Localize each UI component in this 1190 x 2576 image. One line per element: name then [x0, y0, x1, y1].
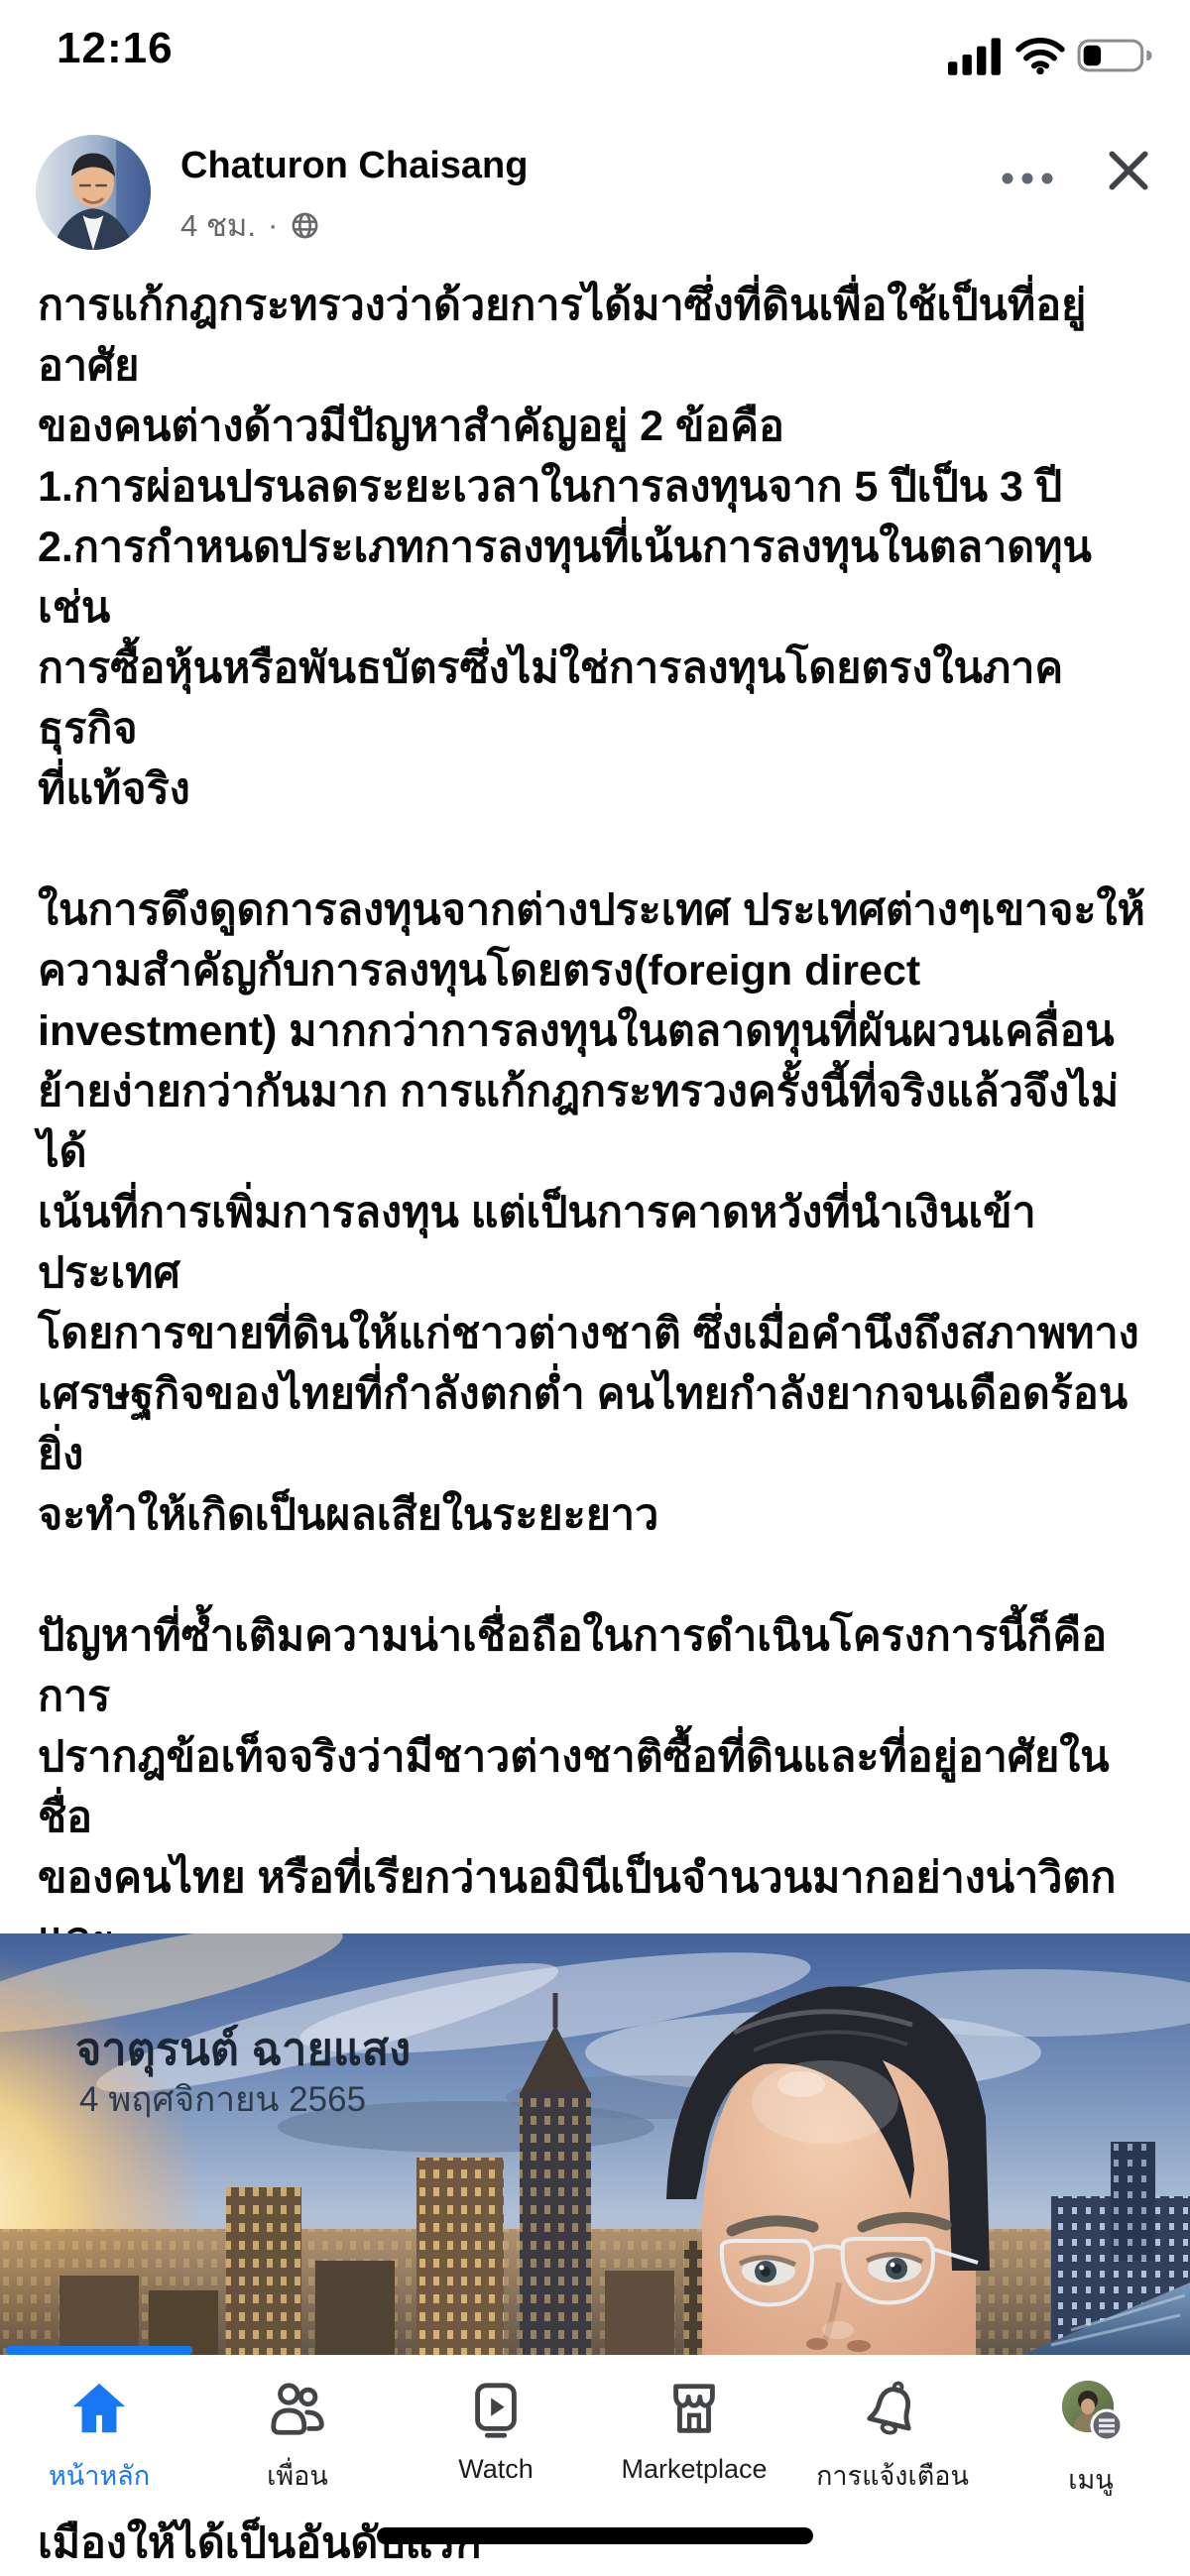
- marketplace-icon: [663, 2379, 725, 2440]
- status-bar-icons: [948, 36, 1154, 75]
- ellipsis-icon: [1001, 172, 1054, 185]
- menu-icon: [1058, 2379, 1124, 2444]
- profile-photo: [36, 135, 151, 250]
- more-options-button[interactable]: [994, 157, 1061, 200]
- nav-label: หน้าหลัก: [49, 2454, 150, 2497]
- wifi-icon: [1015, 37, 1065, 74]
- battery-icon: [1077, 37, 1154, 74]
- nav-tab-menu[interactable]: เมนู: [992, 2355, 1190, 2514]
- nav-tab-marketplace[interactable]: Marketplace: [595, 2355, 793, 2514]
- nav-tab-home[interactable]: หน้าหลัก: [0, 2355, 198, 2514]
- nav-label: การแจ้งเตือน: [816, 2454, 969, 2497]
- home-icon: [68, 2379, 130, 2440]
- facebook-post-screen: 12:16: [0, 0, 1190, 2576]
- nav-tab-friends[interactable]: เพื่อน: [198, 2355, 397, 2514]
- post-meta: 4 ชม. ·: [180, 200, 320, 250]
- notifications-icon: [862, 2379, 923, 2440]
- friends-icon: [267, 2379, 328, 2440]
- nav-tab-watch[interactable]: Watch: [397, 2355, 595, 2514]
- status-bar-time: 12:16: [57, 24, 174, 73]
- meta-separator: ·: [268, 207, 278, 243]
- bottom-navigation: หน้าหลัก เพื่อน Watch: [0, 2355, 1190, 2514]
- photo-overlay-date: 4 พฤศจิกายน 2565: [79, 2072, 366, 2127]
- watch-icon: [465, 2379, 527, 2440]
- nav-tab-notifications[interactable]: การแจ้งเตือน: [793, 2355, 992, 2514]
- nav-label: เมนู: [1068, 2458, 1113, 2501]
- nav-label: Watch: [458, 2454, 534, 2485]
- active-tab-indicator: [6, 2346, 192, 2355]
- nav-label: Marketplace: [621, 2454, 767, 2485]
- cellular-signal-icon: [948, 36, 1004, 75]
- post-time-ago: 4 ชม.: [180, 200, 256, 250]
- photo-illustration: [0, 1933, 1190, 2355]
- nav-label: เพื่อน: [267, 2454, 328, 2497]
- post-photo[interactable]: [0, 1933, 1190, 2355]
- close-icon: [1103, 145, 1154, 196]
- post-author-name[interactable]: Chaturon Chaisang: [180, 145, 528, 187]
- avatar[interactable]: [36, 135, 151, 250]
- globe-icon: [290, 210, 320, 241]
- close-button[interactable]: [1099, 141, 1158, 200]
- home-indicator-bar[interactable]: [377, 2527, 813, 2544]
